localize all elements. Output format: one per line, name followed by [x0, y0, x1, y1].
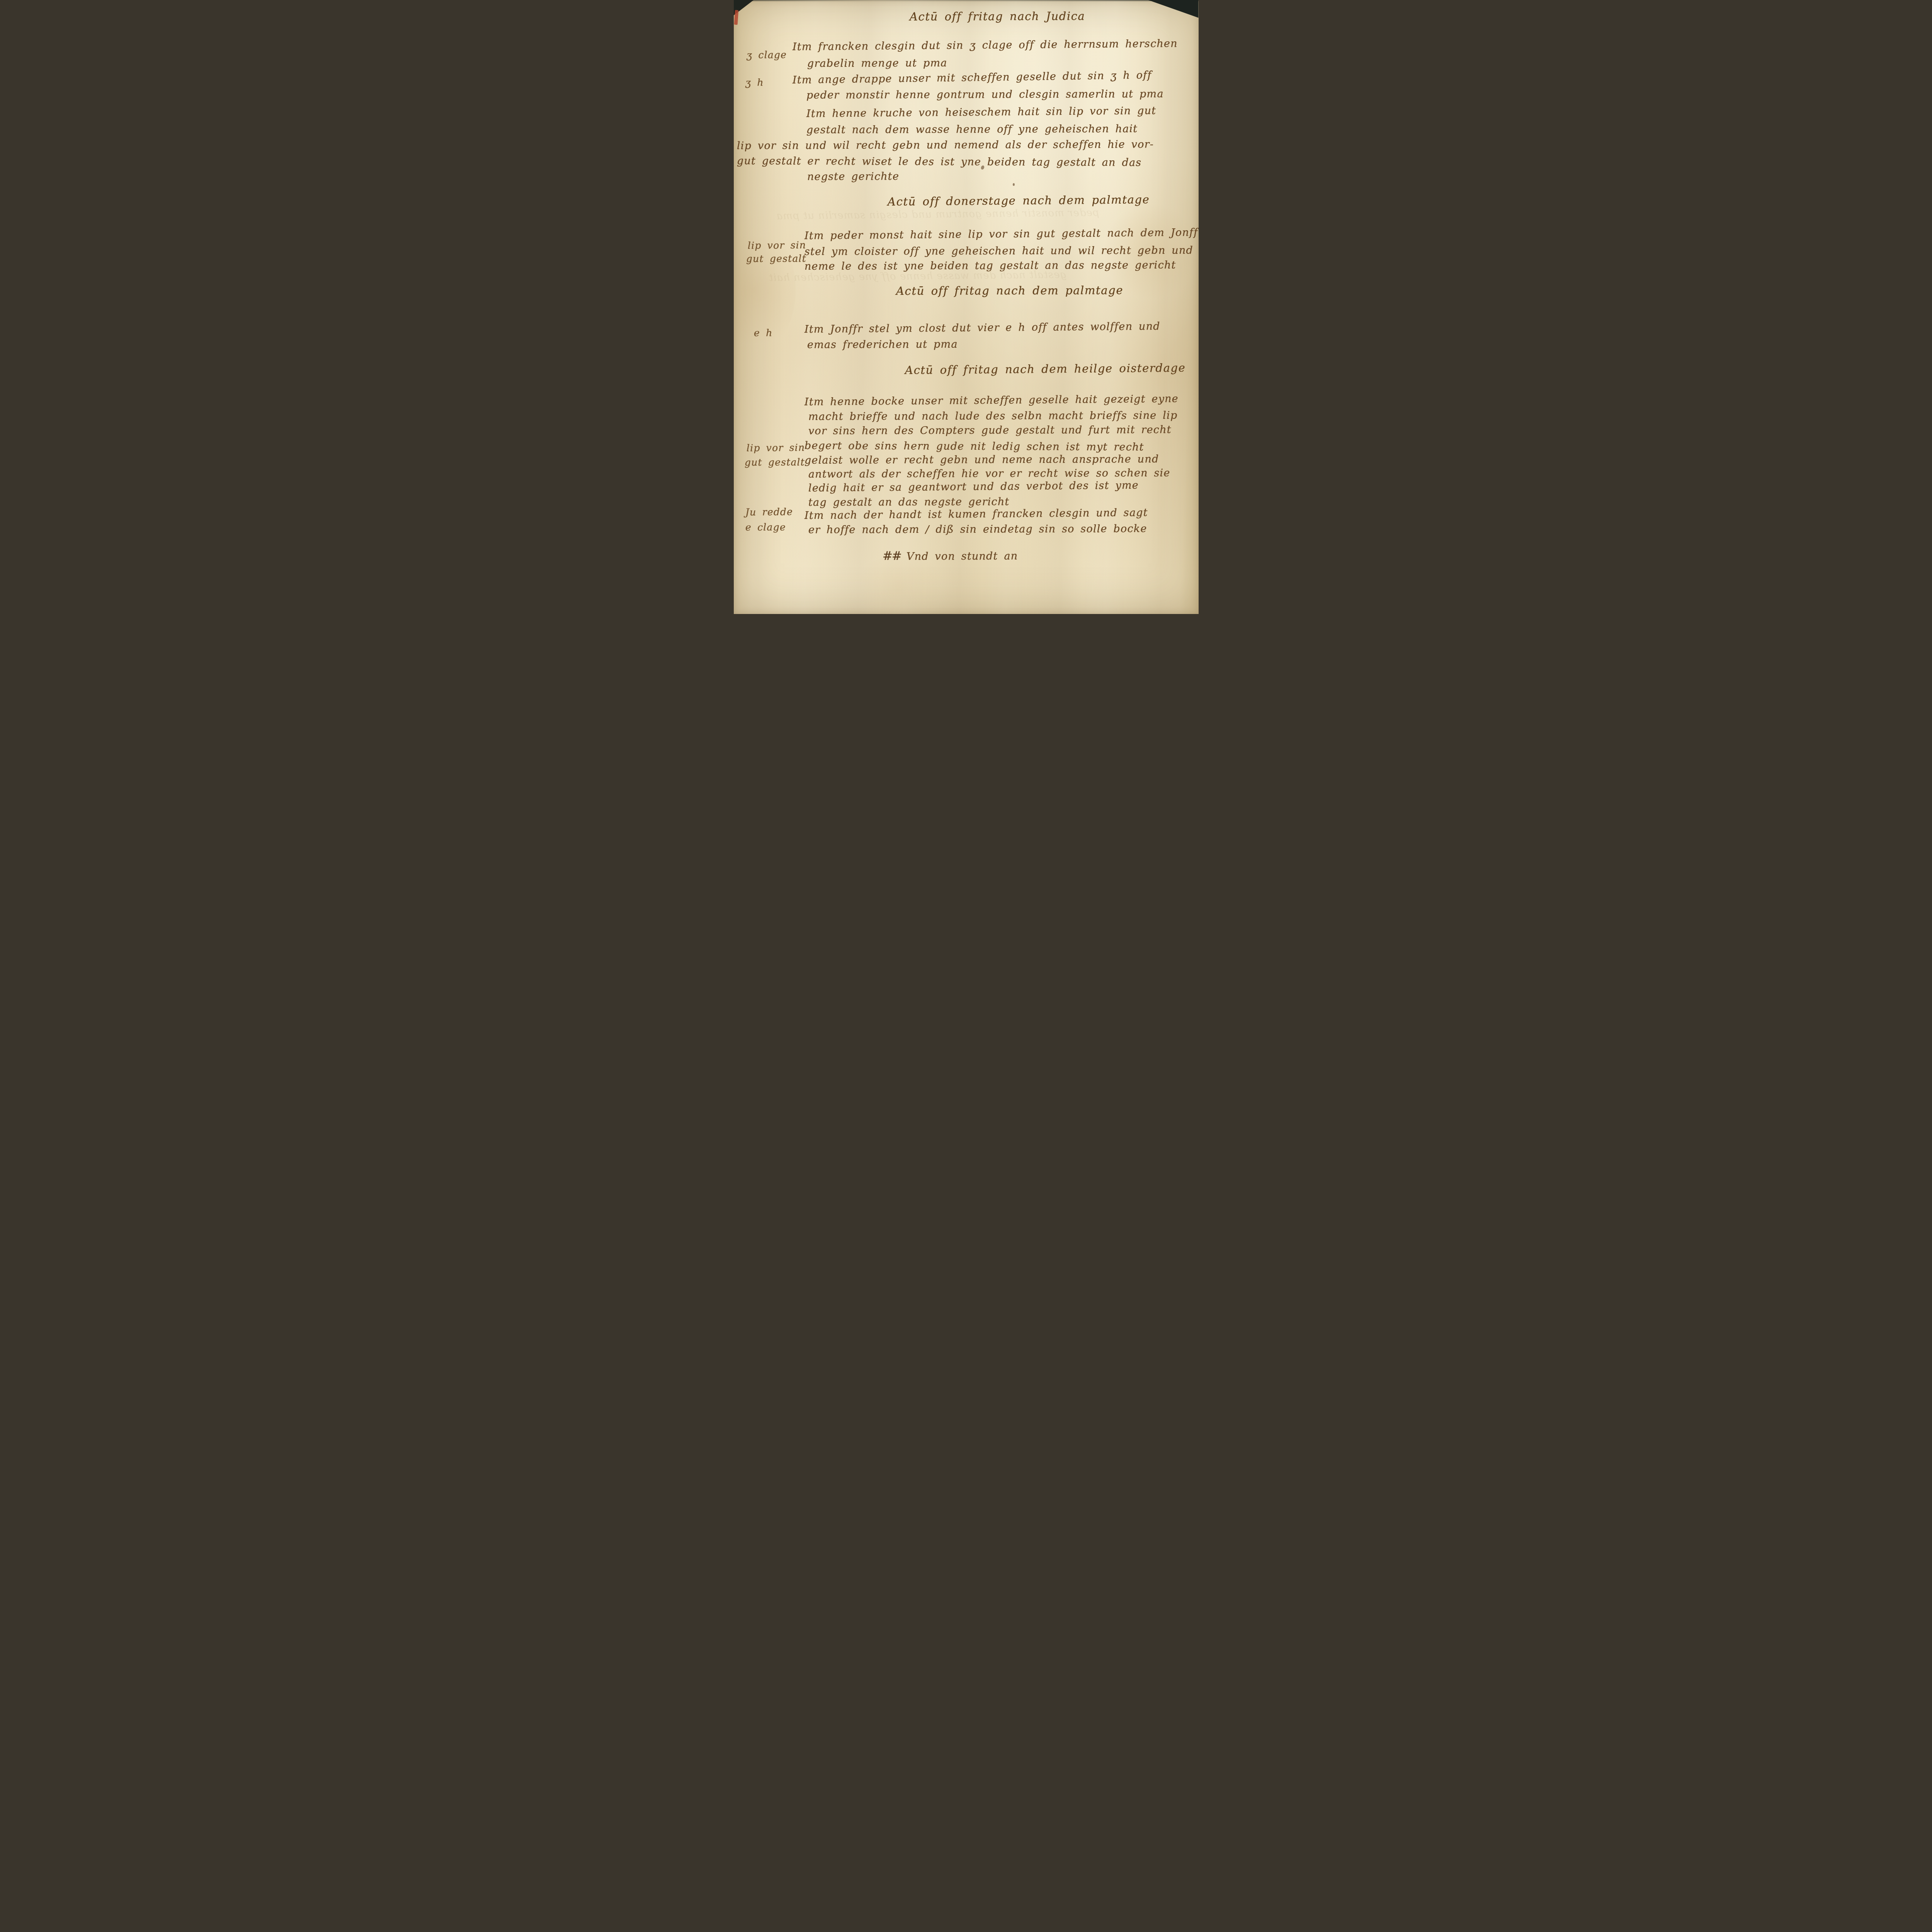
margin-note: e h	[753, 327, 772, 338]
text-line: Itm henne kruche von heiseschem hait sin…	[806, 105, 1156, 120]
text-line: lip vor sin und wil recht gebn und nemen…	[736, 138, 1153, 152]
text-line: gestalt nach dem wasse henne off yne geh…	[806, 123, 1137, 136]
margin-note: gut gestalt	[744, 456, 804, 468]
footer-text: Vnd von stundt an	[906, 550, 1017, 563]
paragraph-mark: ##	[882, 549, 901, 563]
act-heading: Actū off fritag nach Judica	[909, 9, 1085, 23]
text-line: gut gestalt er recht wiset le des ist yn…	[736, 155, 1141, 169]
text-line: begert obe sins hern gude nit ledig sche…	[804, 440, 1144, 453]
text-line: Itm Jonffr stel ym clost dut vier e h of…	[804, 320, 1160, 335]
margin-note: ʒ h	[745, 77, 764, 88]
text-line: er hoffe nach dem / diß sin eindetag sin…	[808, 523, 1147, 536]
text-line: macht brieffe und nach lude des selbn ma…	[808, 410, 1177, 423]
margin-note: Ju redde	[745, 506, 793, 518]
margin-note: ʒ clage	[746, 49, 786, 61]
text-line: antwort als der scheffen hie vor er rech…	[808, 467, 1170, 480]
text-line: neme le des ist yne beiden tag gestalt a…	[804, 259, 1176, 272]
margin-note: lip vor sin	[746, 442, 804, 454]
text-line: gelaist wolle er recht gebn und neme nac…	[804, 453, 1159, 466]
parchment-stain	[850, 556, 950, 614]
text-line: peder monstir henne gontrum und clesgin …	[806, 88, 1163, 101]
text-line: Itm ange drappe unser mit scheffen gesel…	[792, 69, 1151, 86]
scan-corner-top-right	[1148, 0, 1199, 18]
ink-bleedthrough: peder monstir henne gontrum und clesgin …	[776, 207, 1099, 222]
text-line: Itm henne bocke unser mit scheffen gesel…	[804, 393, 1178, 408]
scan-edge-shadow	[734, 0, 1199, 1]
text-line: vor sins hern des Compters gude gestalt …	[808, 424, 1171, 437]
margin-note: lip vor sin	[747, 240, 806, 251]
text-line: negste gerichte	[807, 170, 899, 183]
margin-note: gut gestalt	[746, 253, 806, 264]
footer-line: ##Vnd von stundt an	[882, 549, 1017, 563]
act-heading: Actū off fritag nach dem palmtage	[896, 284, 1123, 298]
manuscript-page: peder monstir henne gontrum und clesgin …	[734, 0, 1199, 614]
text-line: Itm peder monst hait sine lip vor sin gu…	[804, 226, 1198, 242]
text-line: Itm nach der handt ist kumen francken cl…	[804, 507, 1148, 522]
text-line: tag gestalt an das negste gericht	[808, 496, 1009, 509]
act-heading: Actū off donerstage nach dem palmtage	[887, 193, 1150, 208]
text-line: grabelin menge ut pma	[807, 57, 947, 70]
text-line: emas frederichen ut pma	[807, 338, 957, 351]
text-line: stel ym cloister off yne geheischen hait…	[804, 244, 1193, 258]
act-heading: Actū off fritag nach dem heilge oisterda…	[905, 361, 1185, 377]
red-ink-edge-mark	[734, 10, 738, 25]
ink-blot	[1013, 183, 1015, 186]
text-line: Itm francken clesgin dut sin ʒ clage off…	[792, 37, 1177, 53]
text-line: ledig hait er sa geantwort und das verbo…	[808, 480, 1138, 494]
margin-note: e clage	[745, 522, 786, 533]
